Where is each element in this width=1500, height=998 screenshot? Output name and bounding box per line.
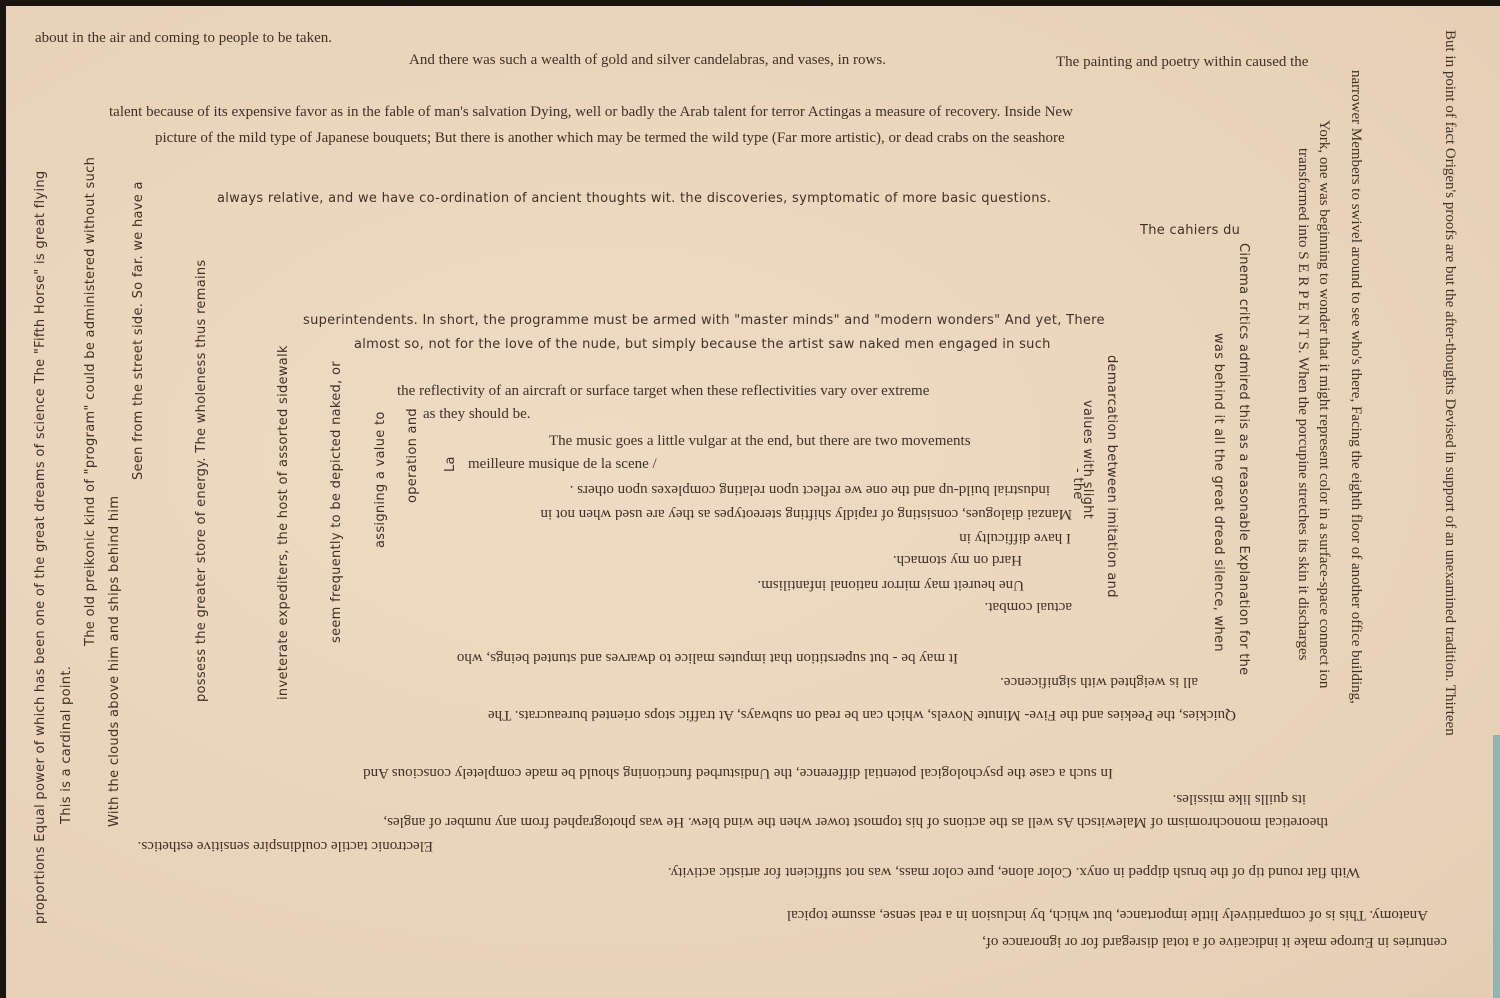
top-line-5: picture of the mild type of Japanese bou… [155, 131, 1065, 146]
top-line-6: always relative, and we have co-ordinati… [217, 192, 1051, 205]
bottom-line-10: It may be - but superstition that impute… [457, 650, 958, 665]
left-line-10: operation and [406, 408, 419, 503]
left-line-1: proportions Equal power of which has bee… [34, 171, 47, 924]
right-line-4: transformed into S E R P E N T S. When t… [1295, 148, 1310, 660]
right-line-5: Cinema critics admired this as a reasona… [1237, 243, 1250, 675]
bottom-line-12: Une heureit may mirror national infantil… [757, 577, 1024, 592]
left-line-4: With the clouds above him and ships behi… [108, 496, 121, 827]
top-line-1: about in the air and coming to people to… [35, 31, 332, 46]
right-line-6: was behind it all the great dread silenc… [1212, 333, 1225, 652]
right-line-1: But in point of fact Origen's proofs are… [1442, 30, 1457, 736]
top-line-8: superintendents. In short, the programme… [303, 314, 1105, 327]
top-line-11: as they should be. [423, 407, 530, 422]
background-edge [1493, 735, 1500, 998]
top-line-4: talent because of its expensive favor as… [109, 105, 1073, 120]
left-line-2: This is a cardinal point. [60, 666, 73, 824]
bottom-line-11: actual combat. [985, 599, 1072, 614]
bottom-line-16: industrial build-up and the one we refle… [570, 482, 1050, 497]
bottom-line-9: all is weighted with significence. [1000, 674, 1198, 689]
top-line-3: The painting and poetry within caused th… [1056, 55, 1308, 70]
top-line-9: almost so, not for the love of the nude,… [354, 338, 1051, 351]
bottom-line-5: theoretical monochromism of Malewitsch A… [383, 814, 1328, 829]
left-line-7: inveterate expediters, the host of assor… [277, 345, 290, 700]
left-line-5: Seen from the street side. So far. we ha… [132, 181, 145, 480]
right-line-7: demarcation between imitation and [1105, 355, 1118, 598]
top-line-2: And there was such a wealth of gold and … [409, 53, 886, 68]
right-line-3: York, one was beginning to wonder that i… [1316, 120, 1331, 688]
bottom-line-13: Hard on my stomach. [893, 552, 1022, 567]
left-line-3: The old preikonic kind of "program" coul… [84, 157, 97, 646]
right-line-9: - the [1071, 468, 1084, 500]
top-line-12: The music goes a little vulgar at the en… [549, 434, 971, 449]
bottom-line-15: Manzai dialogues, consisting of rapidly … [540, 506, 1072, 521]
bottom-line-2: Anatomy. This is of comparitively little… [787, 907, 1428, 922]
top-line-7: The cahiers du [1140, 224, 1240, 237]
bottom-line-6: its quills like missiles. [1173, 791, 1306, 806]
left-line-8: seem frequently to be depicted naked, or [330, 361, 343, 643]
left-line-11: La [444, 456, 457, 472]
bottom-line-7: In such a case the psychological potenti… [363, 765, 1113, 780]
bottom-line-14: I have difficulty in [959, 530, 1071, 545]
bottom-line-8: Quickies, the Peekies and the Five- Minu… [488, 707, 1236, 722]
top-line-10: the reflectivity of an aircraft or surfa… [397, 384, 929, 399]
bottom-line-4: Electronic tactile couldinspire sensitiv… [138, 838, 433, 853]
left-line-9: assigning a value to [374, 411, 387, 548]
right-line-8: values with slight [1081, 400, 1094, 519]
bottom-line-3: With flat round tip of the brush dipped … [668, 864, 1360, 879]
left-line-6: possess the greater store of energy. The… [195, 260, 208, 702]
bottom-line-1: centuries in Europe make it indicative o… [982, 934, 1447, 949]
top-line-13: meilleure musique de la scene / [468, 457, 657, 472]
right-line-2: narrower Members to swivel around to see… [1348, 70, 1363, 704]
